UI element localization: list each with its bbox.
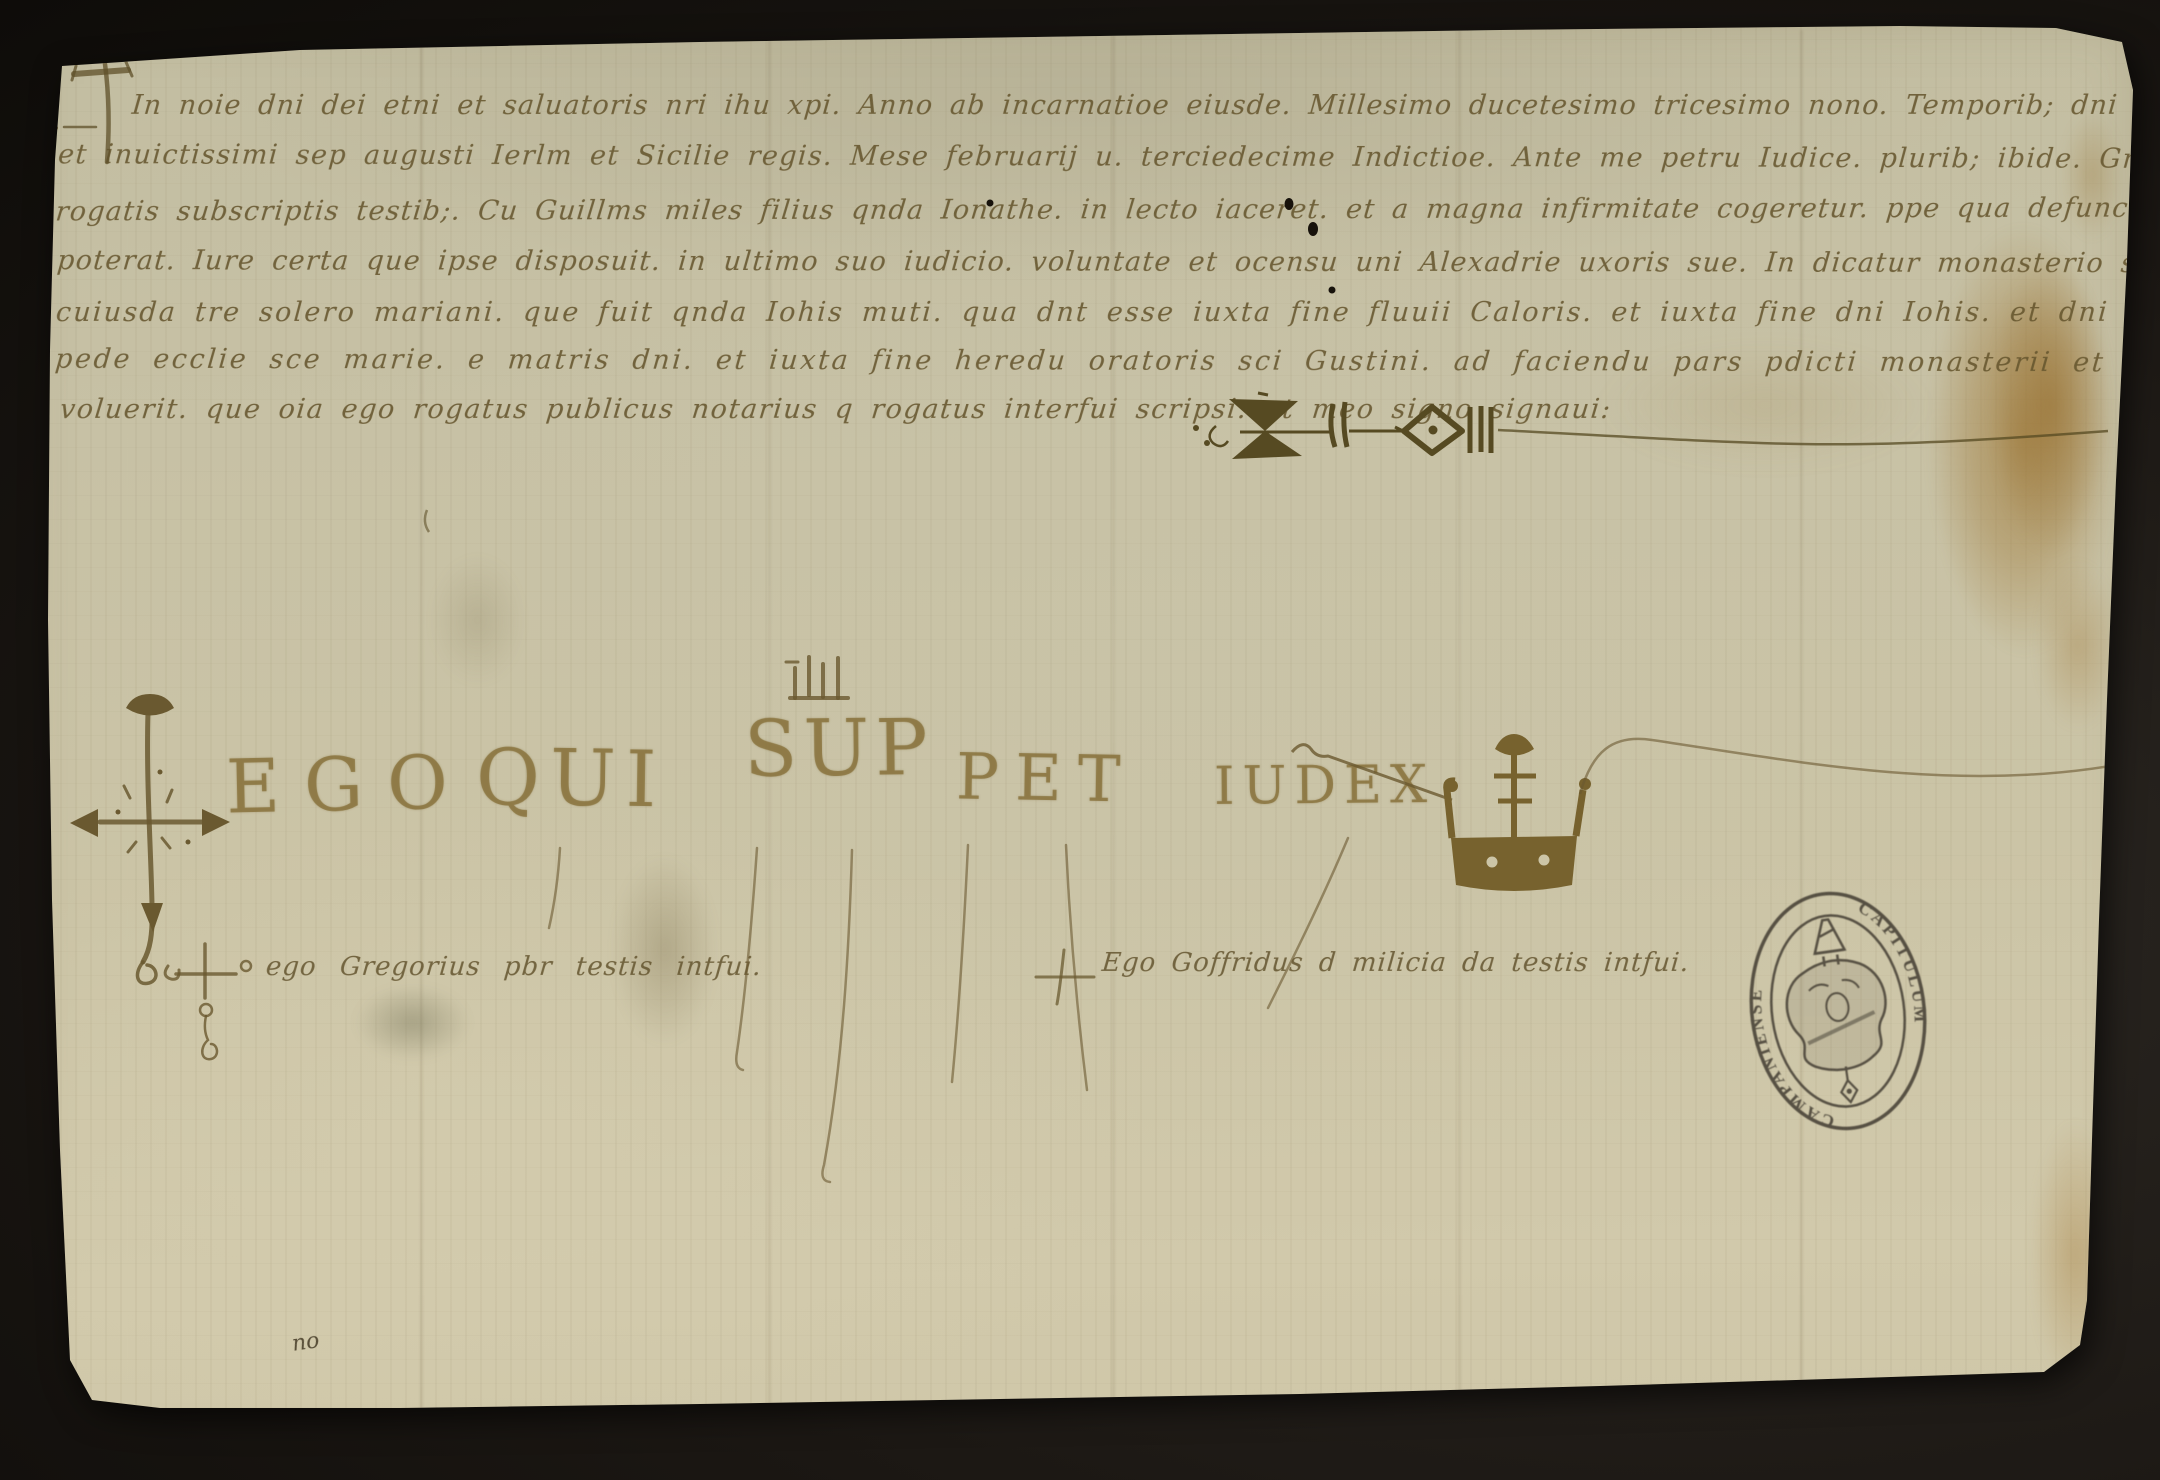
notary-hourglass-signum-icon: [1193, 393, 2108, 459]
stamp-tassel-icon: [1838, 1065, 1859, 1103]
ink-drawing-layer: CAPITULUM CAMPANIENSE: [0, 0, 2160, 1480]
witness-cross-left-icon: [165, 944, 251, 1059]
archive-stamp: CAPITULUM CAMPANIENSE: [1730, 881, 1945, 1141]
stamp-cartouche-icon: [1781, 954, 1894, 1076]
parchment-sheet: In noie dni dei etni et saluatoris nri i…: [0, 0, 2160, 1480]
stray-pen-mark: [425, 510, 429, 532]
parchment-wrap: In noie dni dei etni et saluatoris nri i…: [0, 0, 2160, 1480]
witness-cross-right-icon: [1036, 950, 1094, 1004]
invocation-cross-initial-icon: [52, 62, 132, 162]
decorated-latin-cross-signum-icon: [70, 694, 230, 983]
flourish-descenders: [549, 838, 1348, 1182]
ink-blots: [987, 198, 1336, 294]
judge-crown-signum-icon: [1292, 734, 2110, 891]
crown-abbreviation-flourish-icon: [786, 657, 848, 698]
photo-mat: In noie dni dei etni et saluatoris nri i…: [0, 0, 2160, 1480]
